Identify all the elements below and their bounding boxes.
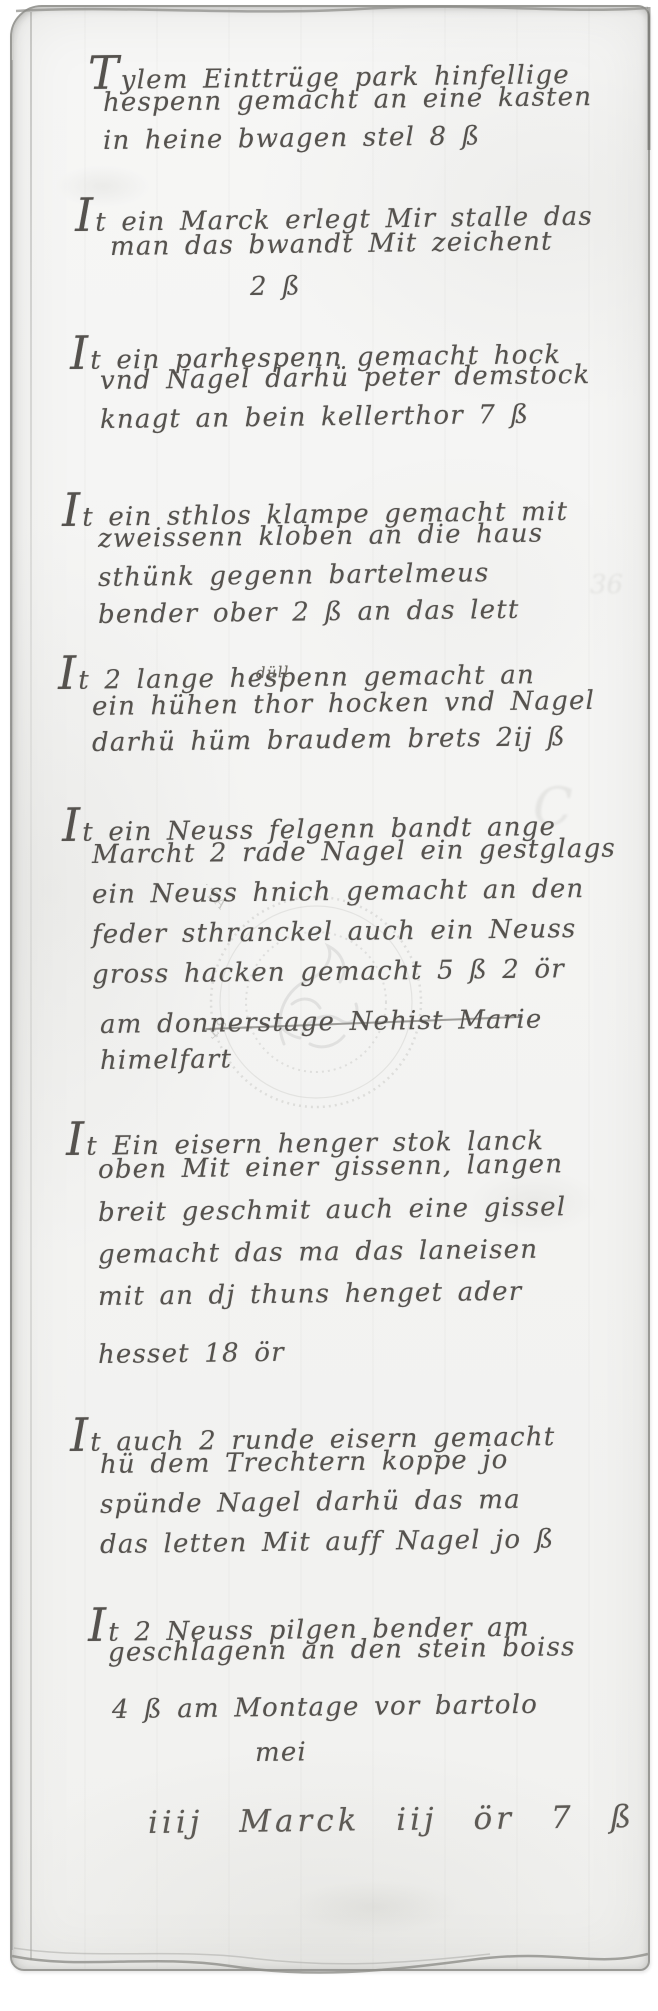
manuscript-line: sthünk gegenn bartelmeus — [98, 558, 490, 593]
manuscript-line: spünde Nagel darhü das ma — [100, 1485, 521, 1520]
manuscript-line: hespenn gemacht an eine kasten — [103, 82, 593, 118]
sum-line: iiij Marck iij ör 7 ß — [148, 1799, 636, 1841]
interline-note: düll — [256, 663, 290, 682]
manuscript-line: mit an dj thuns henget ader — [98, 1277, 523, 1312]
manuscript-line: knagt an bein kellerthor 7 ß — [100, 400, 529, 435]
manuscript-line: das letten Mit auff Nagel jo ß — [100, 1524, 555, 1560]
paper-stain — [290, 1880, 460, 1934]
manuscript-line: hü dem Trechtern koppe jo — [100, 1445, 509, 1480]
manuscript-line: 2 ß — [250, 271, 301, 302]
manuscript-line: gross hacken gemacht 5 ß 2 ör — [92, 954, 565, 990]
manuscript-line: breit geschmit auch eine gissel — [98, 1192, 567, 1228]
manuscript-line: 4 ß am Montage vor bartolo — [112, 1690, 538, 1725]
ink-bleedthrough-mark: 36 — [590, 570, 623, 600]
manuscript-line: ein Neuss hnich gemacht an den — [92, 874, 585, 910]
manuscript-line: am donnerstage Nehist Marie — [100, 1005, 543, 1040]
manuscript-line: feder sthranckel auch ein Neuss — [92, 914, 577, 950]
manuscript-line: himelfart — [100, 1044, 233, 1076]
manuscript-line: in heine bwagen stel 8 ß — [103, 121, 481, 156]
manuscript-line: oben Mit einer gissenn, langen — [98, 1149, 564, 1185]
manuscript-line: bender ober 2 ß an das lett — [98, 595, 520, 630]
manuscript-line: hesset 18 ör — [98, 1338, 285, 1370]
manuscript-content: STA SIS SEC TIS CIVITA Tylem Einttrüge p… — [0, 0, 658, 2011]
manuscript-line: geschlagenn an den stein boiss — [108, 1632, 576, 1668]
manuscript-line: darhü hüm braudem brets 2ij ß — [92, 722, 566, 758]
manuscript-line: zweissenn kloben an die haus — [98, 519, 544, 554]
manuscript-line: mei — [255, 1737, 307, 1768]
manuscript-line: vnd Nagel darhü peter demstock — [100, 360, 591, 396]
manuscript-line: ein hühen thor hocken vnd Nagel — [92, 686, 595, 722]
manuscript-line: man das bwandt Mit zeichent — [110, 227, 553, 262]
ink-bleedthrough-mark: C — [533, 778, 573, 838]
manuscript-line: Marcht 2 rade Nagel ein gestglags — [92, 834, 616, 870]
manuscript-line: gemacht das ma das laneisen — [98, 1235, 539, 1270]
